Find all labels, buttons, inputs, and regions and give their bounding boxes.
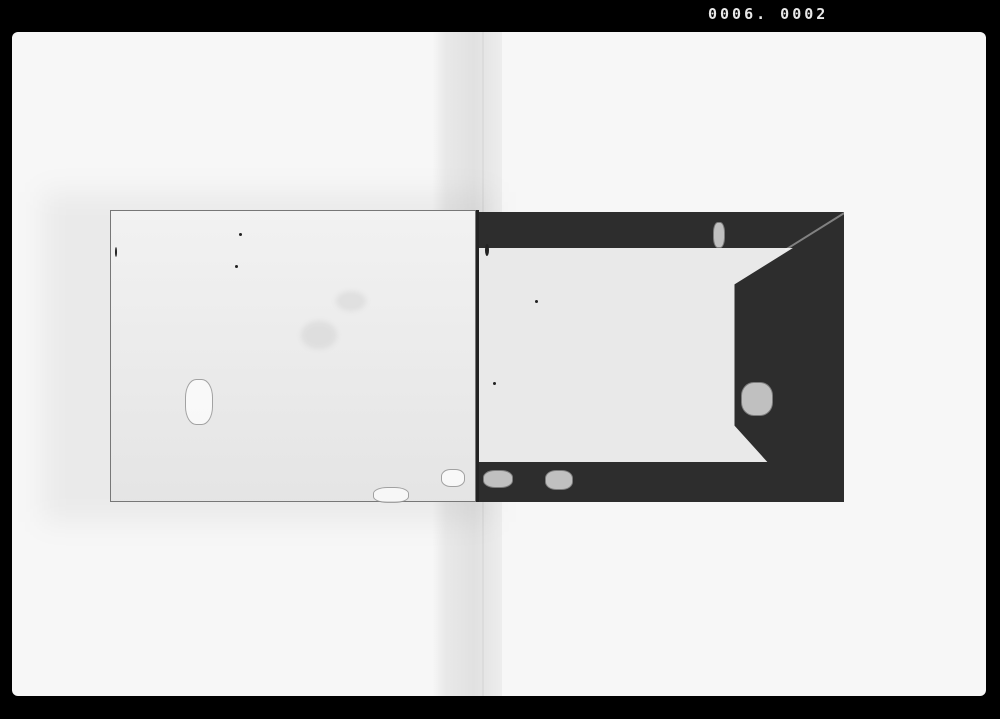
frame-number: 0006. 0002 bbox=[708, 5, 828, 23]
cover-corner-fold bbox=[785, 212, 844, 251]
page-speck bbox=[239, 233, 242, 236]
cover-tear bbox=[713, 222, 725, 248]
page-stain bbox=[336, 291, 366, 311]
cover-tear bbox=[741, 382, 773, 416]
cover-tear bbox=[545, 470, 573, 490]
right-page-cover bbox=[479, 212, 844, 502]
cover-speck bbox=[535, 300, 538, 303]
page-tear bbox=[185, 379, 213, 425]
faint-vertical-text bbox=[415, 241, 435, 421]
page-tear bbox=[373, 487, 409, 503]
scan-frame bbox=[12, 32, 986, 696]
endpaper-sheet bbox=[479, 248, 844, 462]
cover-speck bbox=[493, 382, 496, 385]
left-page bbox=[110, 210, 476, 502]
page-stain bbox=[301, 321, 337, 349]
cover-tear bbox=[483, 470, 513, 488]
page-tear bbox=[441, 469, 465, 487]
cover-speck bbox=[485, 244, 489, 256]
open-book bbox=[110, 210, 845, 504]
page-speck bbox=[235, 265, 238, 268]
page-speck bbox=[115, 247, 117, 257]
